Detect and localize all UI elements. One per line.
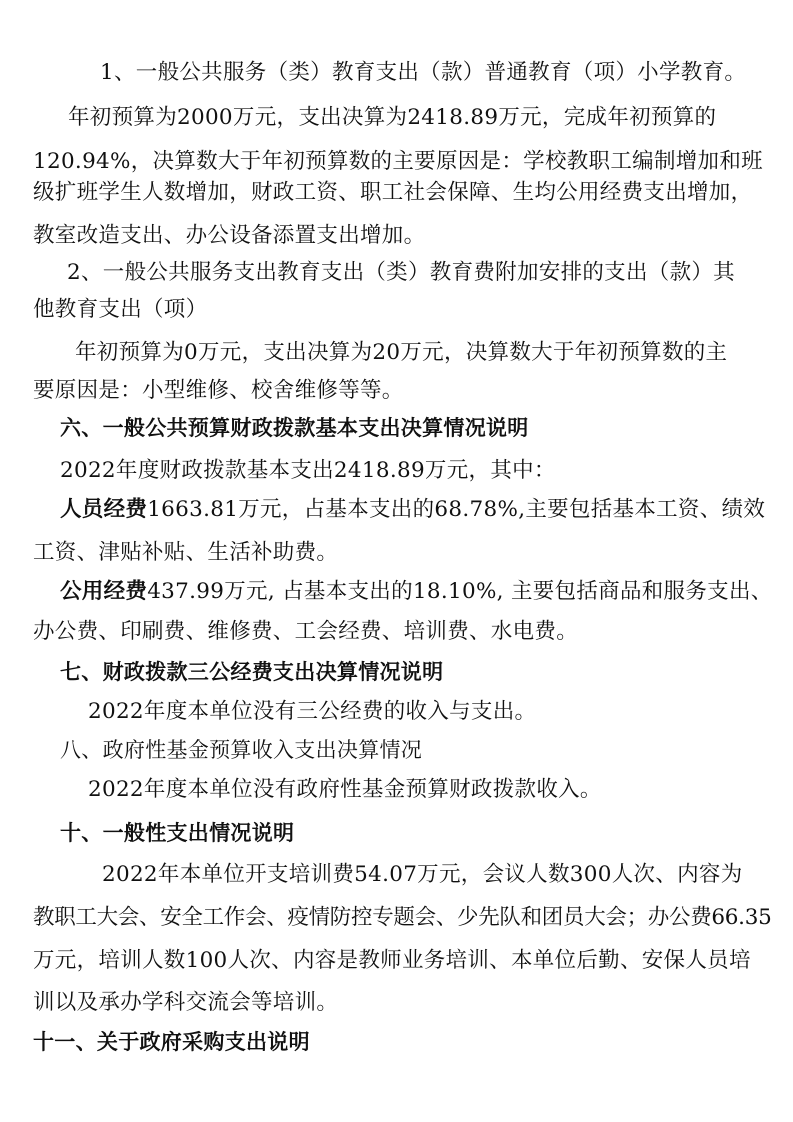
paragraph: 120.94%，决算数大于年初预算数的主要原因是：学校教职工编制增加和班 xyxy=(33,147,763,177)
section-heading: 十一、关于政府采购支出说明 xyxy=(33,1027,310,1057)
paragraph: 2022年本单位开支培训费54.07万元，会议人数300人次、内容为 xyxy=(102,860,743,890)
paragraph: 公用经费437.99万元, 占基本支出的18.10%, 主要包括商品和服务支出、 xyxy=(60,577,773,607)
paragraph-text: 1663.81万元，占基本支出的68.78%,主要包括基本工资、绩效 xyxy=(147,497,765,522)
section-heading: 十、一般性支出情况说明 xyxy=(60,818,294,848)
paragraph: 办公费、印刷费、维修费、工会经费、培训费、水电费。 xyxy=(33,617,578,647)
paragraph: 教室改造支出、办公设备添置支出增加。 xyxy=(33,221,425,251)
paragraph: 训以及承办学科交流会等培训。 xyxy=(33,988,338,1018)
paragraph: 教职工大会、安全工作会、疫情防控专题会、少先队和团员大会；办公费66.35 xyxy=(33,903,771,933)
section-heading: 八、政府性基金预算收入支出决算情况 xyxy=(60,735,422,765)
paragraph: 2、一般公共服务支出教育支出（类）教育费附加安排的支出（款）其 xyxy=(67,258,735,288)
paragraph-text: 437.99万元, 占基本支出的18.10%, 主要包括商品和服务支出、 xyxy=(147,579,772,604)
paragraph: 要原因是：小型维修、校舍维修等等。 xyxy=(33,376,404,406)
paragraph: 年初预算为2000万元，支出决算为2418.89万元，完成年初预算的 xyxy=(68,103,716,133)
bold-term: 公用经费 xyxy=(60,579,147,604)
paragraph: 2022年度本单位没有政府性基金预算财政拨款收入。 xyxy=(88,775,602,805)
paragraph: 人员经费1663.81万元，占基本支出的68.78%,主要包括基本工资、绩效 xyxy=(60,495,765,525)
paragraph: 1、一般公共服务（类）教育支出（款）普通教育（项）小学教育。 xyxy=(100,58,746,88)
paragraph: 2022年度财政拨款基本支出2418.89万元，其中： xyxy=(60,456,556,486)
paragraph: 工资、津贴补贴、生活补助费。 xyxy=(33,538,338,568)
bold-term: 人员经费 xyxy=(60,497,147,522)
section-heading: 七、财政拨款三公经费支出决算情况说明 xyxy=(60,657,443,687)
paragraph: 级扩班学生人数增加，财政工资、职工社会保障、生均公用经费支出增加， xyxy=(33,178,752,208)
section-heading: 六、一般公共预算财政拨款基本支出决算情况说明 xyxy=(60,413,529,443)
paragraph: 他教育支出（项） xyxy=(33,295,207,325)
paragraph: 2022年度本单位没有三公经费的收入与支出。 xyxy=(88,697,536,727)
paragraph: 年初预算为0万元，支出决算为20万元，决算数大于年初预算数的主 xyxy=(75,338,727,368)
paragraph: 万元，培训人数100人次、内容是教师业务培训、本单位后勤、安保人员培 xyxy=(33,946,751,976)
